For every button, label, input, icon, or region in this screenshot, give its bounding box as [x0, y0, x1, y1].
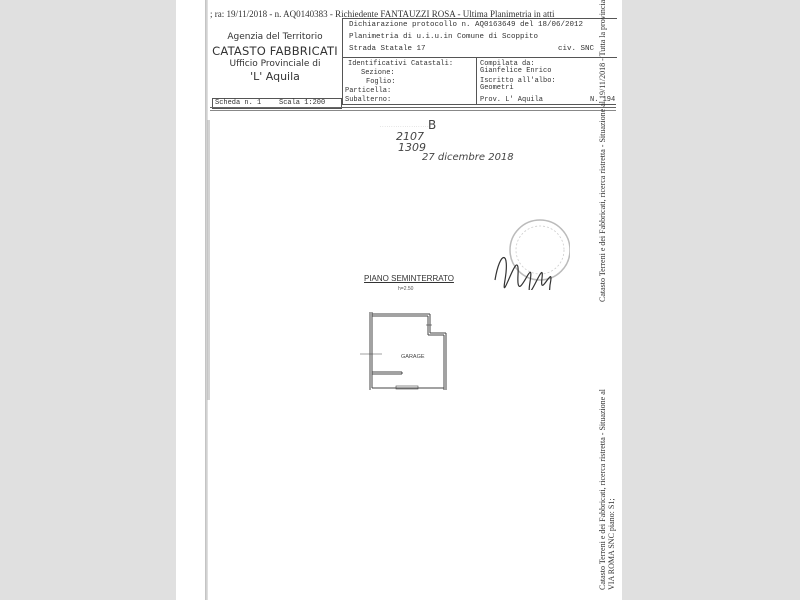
stamp-date: 27 dicembre 2018 [422, 152, 514, 163]
handwritten-stamp: ....................... B 2107 1309 27 d… [372, 118, 512, 168]
stamp-letter: B [428, 118, 436, 132]
divider [210, 110, 616, 111]
side-text-bottom-2: VIA ROMA SNC piano: S1; [607, 498, 616, 590]
planimetry-line: Planimetria di u.i.u.in Comune di Scoppi… [349, 33, 538, 41]
field-foglio: Foglio: [366, 78, 395, 86]
compiler-box: Compilata da: Gianfelice Enrico Iscritto… [476, 57, 616, 105]
plan-height: h=2.50 [398, 286, 413, 292]
registered-value: Geometri [480, 84, 514, 92]
side-text-top: Catasto Terreni e dei Fabbricati, ricerc… [598, 0, 607, 302]
plan-title: PIANO SEMINTERRATO [364, 274, 454, 283]
scale: Scala 1:200 [279, 99, 325, 107]
side-text-bottom-1: Catasto Terreni e dei Fabbricati, ricerc… [598, 389, 607, 590]
compiled-by: Gianfelice Enrico [480, 67, 551, 75]
agency-office: Ufficio Provinciale di [210, 59, 340, 69]
stamp-faint-text: ....................... [380, 124, 432, 129]
field-sezione: Sezione: [361, 69, 395, 77]
divider [210, 107, 616, 108]
civic-number: civ. SNC [558, 45, 594, 53]
agency-catasto: CATASTO FABBRICATI [210, 44, 340, 58]
field-subalterno: Subalterno: [345, 96, 391, 104]
room-label-garage: GARAGE [401, 354, 425, 360]
scheda-number: Scheda n. 1 [215, 99, 261, 107]
agency-name: Agenzia del Territorio [210, 32, 340, 42]
identifiers-title: Identificativi Catastali: [348, 60, 453, 68]
street-line: Strada Statale 17 [349, 45, 426, 53]
declaration-box: Dichiarazione protocollo n. AQ0163649 de… [342, 18, 617, 58]
page-shadow [207, 120, 210, 400]
cadastral-identifiers: Identificativi Catastali: Sezione: Fogli… [342, 57, 477, 105]
garage-floor-plan [360, 310, 460, 390]
field-particella: Particella: [345, 87, 391, 95]
agency-city: 'L' Aquila [210, 70, 340, 83]
protocol-line: Dichiarazione protocollo n. AQ0163649 de… [349, 21, 583, 29]
province: Prov. L' Aquila [480, 96, 543, 104]
agency-block: Agenzia del Territorio CATASTO FABBRICAT… [210, 28, 340, 83]
official-seal-signature [490, 210, 570, 290]
